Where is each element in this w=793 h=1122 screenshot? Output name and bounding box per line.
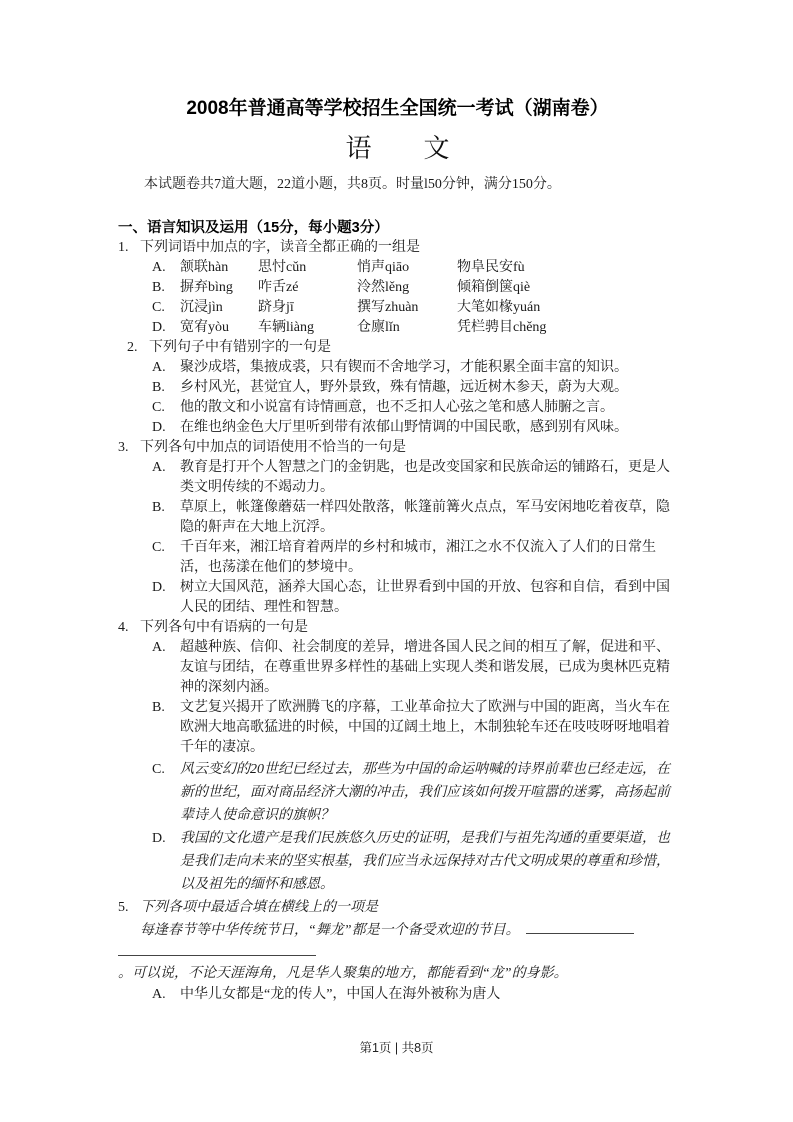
q2-option-d: D.在维也纳金色大厅里听到带有浓郁山野情调的中国民歌，感到别有风味。 (152, 418, 677, 438)
intro-text: 本试题卷共7道大题，22道小题，共8页。时量l50分钟，满分150分。 (144, 175, 677, 195)
question-1-stem: 1.下列词语中加点的字，读音全都正确的一组是 (118, 238, 677, 258)
footer-page-total: 共8页 (402, 1041, 434, 1055)
question-3-stem-text: 下列各句中加点的词语使用不恰当的一句是 (140, 440, 406, 455)
footer-separator: | (395, 1041, 398, 1055)
q2-option-c-label: C. (152, 398, 180, 418)
q1-option-a-cell-3: 悄声qiāo (357, 258, 457, 278)
question-5-stem: 5.下列各项中最适合填在横线上的一项是 (118, 896, 677, 919)
q1-option-row-b: B. 摒弃bìng 咋舌zé 泠然lěng 倾箱倒箧qiè (152, 278, 677, 298)
q2-option-c-text: 他的散文和小说富有诗情画意，也不乏扣人心弦之笔和感人肺腑之言。 (180, 400, 614, 415)
q1-option-d-cell-1: 宽宥yòu (180, 318, 258, 338)
answer-blank-line-2 (118, 943, 316, 956)
question-4-stem: 4.下列各句中有语病的一句是 (118, 618, 677, 638)
q1-option-c-cell-4: 大笔如椽yuán (457, 298, 677, 318)
q1-option-b-cell-3: 泠然lěng (357, 278, 457, 298)
question-3-stem: 3.下列各句中加点的词语使用不恰当的一句是 (118, 438, 677, 458)
q3-option-d-text: 树立大国风范，涵养大国心态，让世界看到中国的开放、包容和自信，看到中国人民的团结… (180, 580, 670, 615)
q1-option-row-c: C. 沉浸jìn 跻身jī 撰写zhuàn 大笔如椽yuán (152, 298, 677, 318)
footer-page-current: 第1页 (359, 1041, 391, 1055)
q3-option-b-text: 草原上，帐篷像蘑菇一样四处散落，帐篷前篝火点点，军马安闲地吃着夜草，隐隐的鼾声在… (180, 500, 670, 535)
answer-blank-line-1 (526, 921, 634, 934)
q2-option-a: A.聚沙成塔，集掖成裘，只有锲而不舍地学习，才能积累全面丰富的知识。 (152, 358, 677, 378)
q4-option-c: C.风云变幻的20世纪已经过去，那些为中国的命运呐喊的诗界前辈也已经走远，在新的… (152, 758, 677, 827)
q1-option-a-cell-4: 物阜民安fù (457, 258, 677, 278)
q1-option-row-a: A. 颔联hàn 思忖cǔn 悄声qiāo 物阜民安fù (152, 258, 677, 278)
q4-option-d-text: 我国的文化遗产是我们民族悠久历史的证明，是我们与祖先沟通的重要渠道，也是我们走向… (180, 831, 670, 892)
q3-option-a-text: 教育是打开个人智慧之门的金钥匙，也是改变国家和民族命运的铺路石，更是人类文明传续… (180, 460, 670, 495)
subject-title: 语 文 (118, 131, 677, 165)
q4-option-a-text: 超越种族、信仰、社会制度的差异，增进各国人民之间的相互了解，促进和平、友谊与团结… (180, 640, 670, 695)
exam-page: 2008年普通高等学校招生全国统一考试（湖南卷） 语 文 本试题卷共7道大题，2… (0, 0, 793, 1005)
q4-option-c-label: C. (152, 758, 180, 781)
q1-option-b-cell-2: 咋舌zé (258, 278, 357, 298)
q1-option-b-cell-1: 摒弃bìng (180, 278, 258, 298)
question-2-stem: 2.下列句子中有错别字的一句是 (127, 338, 677, 358)
section-heading: 一、语言知识及运用（15分，每小题3分） (118, 218, 677, 238)
q2-option-c: C.他的散文和小说富有诗情画意，也不乏扣人心弦之笔和感人肺腑之言。 (152, 398, 677, 418)
page-title: 2008年普通高等学校招生全国统一考试（湖南卷） (118, 97, 677, 121)
q3-option-d-label: D. (152, 578, 180, 598)
q1-option-d-cell-2: 车辆liàng (258, 318, 357, 338)
q3-option-a-label: A. (152, 458, 180, 478)
q1-option-c-cell-3: 撰写zhuàn (357, 298, 457, 318)
q4-option-d-label: D. (152, 827, 180, 850)
q1-option-c-label: C. (152, 298, 180, 318)
question-5-number: 5. (118, 896, 140, 919)
q4-option-d: D.我国的文化遗产是我们民族悠久历史的证明，是我们与祖先沟通的重要渠道，也是我们… (152, 827, 677, 896)
q1-option-d-cell-4: 凭栏骋目chěng (457, 318, 677, 338)
question-3-number: 3. (118, 438, 140, 458)
q1-option-b-label: B. (152, 278, 180, 298)
q3-option-b: B.草原上，帐篷像蘑菇一样四处散落，帐篷前篝火点点，军马安闲地吃着夜草，隐隐的鼾… (152, 498, 677, 538)
q5-prompt-line: 每逢春节等中华传统节日，“舞龙”都是一个备受欢迎的节目。 (140, 919, 677, 942)
q2-option-b-label: B. (152, 378, 180, 398)
q3-option-d: D.树立大国风范，涵养大国心态，让世界看到中国的开放、包容和自信，看到中国人民的… (152, 578, 677, 618)
q3-option-c: C.千百年来，湘江培育着两岸的乡村和城市，湘江之水不仅流入了人们的日常生活，也荡… (152, 538, 677, 578)
q3-option-b-label: B. (152, 498, 180, 518)
q1-option-a-cell-1: 颔联hàn (180, 258, 258, 278)
q1-option-c-cell-1: 沉浸jìn (180, 298, 258, 318)
question-2-number: 2. (127, 338, 149, 358)
question-5-stem-text: 下列各项中最适合填在横线上的一项是 (140, 900, 378, 915)
q3-option-c-text: 千百年来，湘江培育着两岸的乡村和城市，湘江之水不仅流入了人们的日常生活，也荡漾在… (180, 540, 656, 575)
q5-option-a-label: A. (152, 985, 180, 1005)
q1-option-d-cell-3: 仓廪lǐn (357, 318, 457, 338)
q4-option-b: B.文艺复兴揭开了欧洲腾飞的序幕，工业革命拉大了欧洲与中国的距离，当火车在欧洲大… (152, 698, 677, 758)
q1-option-a-label: A. (152, 258, 180, 278)
answer-blank-row (118, 942, 677, 962)
q3-option-c-label: C. (152, 538, 180, 558)
q2-option-d-label: D. (152, 418, 180, 438)
q2-option-b: B.乡村风光，甚觉宜人，野外景致，殊有情趣，远近树木参天，蔚为大观。 (152, 378, 677, 398)
question-4-number: 4. (118, 618, 140, 638)
page-footer: 第1页 | 共8页 (0, 1038, 793, 1056)
q3-option-a: A.教育是打开个人智慧之门的金钥匙，也是改变国家和民族命运的铺路石，更是人类文明… (152, 458, 677, 498)
q4-option-b-text: 文艺复兴揭开了欧洲腾飞的序幕，工业革命拉大了欧洲与中国的距离，当火车在欧洲大地高… (180, 700, 670, 755)
q5-option-a: A.中华儿女都是“龙的传人”，中国人在海外被称为唐人 (152, 985, 677, 1005)
q4-option-a: A.超越种族、信仰、社会制度的差异，增进各国人民之间的相互了解，促进和平、友谊与… (152, 638, 677, 698)
q1-option-c-cell-2: 跻身jī (258, 298, 357, 318)
q2-option-a-text: 聚沙成塔，集掖成裘，只有锲而不舍地学习，才能积累全面丰富的知识。 (180, 360, 628, 375)
question-2-stem-text: 下列句子中有错别字的一句是 (149, 340, 331, 355)
q4-option-b-label: B. (152, 698, 180, 718)
q4-option-a-label: A. (152, 638, 180, 658)
q4-option-c-text: 风云变幻的20世纪已经过去，那些为中国的命运呐喊的诗界前辈也已经走远，在新的世纪… (180, 762, 670, 823)
q2-option-a-label: A. (152, 358, 180, 378)
q1-option-row-d: D. 宽宥yòu 车辆liàng 仓廪lǐn 凭栏骋目chěng (152, 318, 677, 338)
q1-option-a-cell-2: 思忖cǔn (258, 258, 357, 278)
q1-option-d-label: D. (152, 318, 180, 338)
q1-option-b-cell-4: 倾箱倒箧qiè (457, 278, 677, 298)
question-4-stem-text: 下列各句中有语病的一句是 (140, 620, 308, 635)
q2-option-d-text: 在维也纳金色大厅里听到带有浓郁山野情调的中国民歌，感到别有风味。 (180, 420, 628, 435)
q5-prompt-text: 每逢春节等中华传统节日，“舞龙”都是一个备受欢迎的节目。 (140, 923, 520, 938)
q5-continuation: 。可以说，不论天涯海角，凡是华人聚集的地方，都能看到“龙”的身影。 (118, 962, 677, 985)
question-1-number: 1. (118, 238, 140, 258)
question-1-stem-text: 下列词语中加点的字，读音全都正确的一组是 (140, 240, 420, 255)
q5-option-a-text: 中华儿女都是“龙的传人”，中国人在海外被称为唐人 (180, 987, 500, 1002)
q2-option-b-text: 乡村风光，甚觉宜人，野外景致，殊有情趣，远近树木参天，蔚为大观。 (180, 380, 628, 395)
